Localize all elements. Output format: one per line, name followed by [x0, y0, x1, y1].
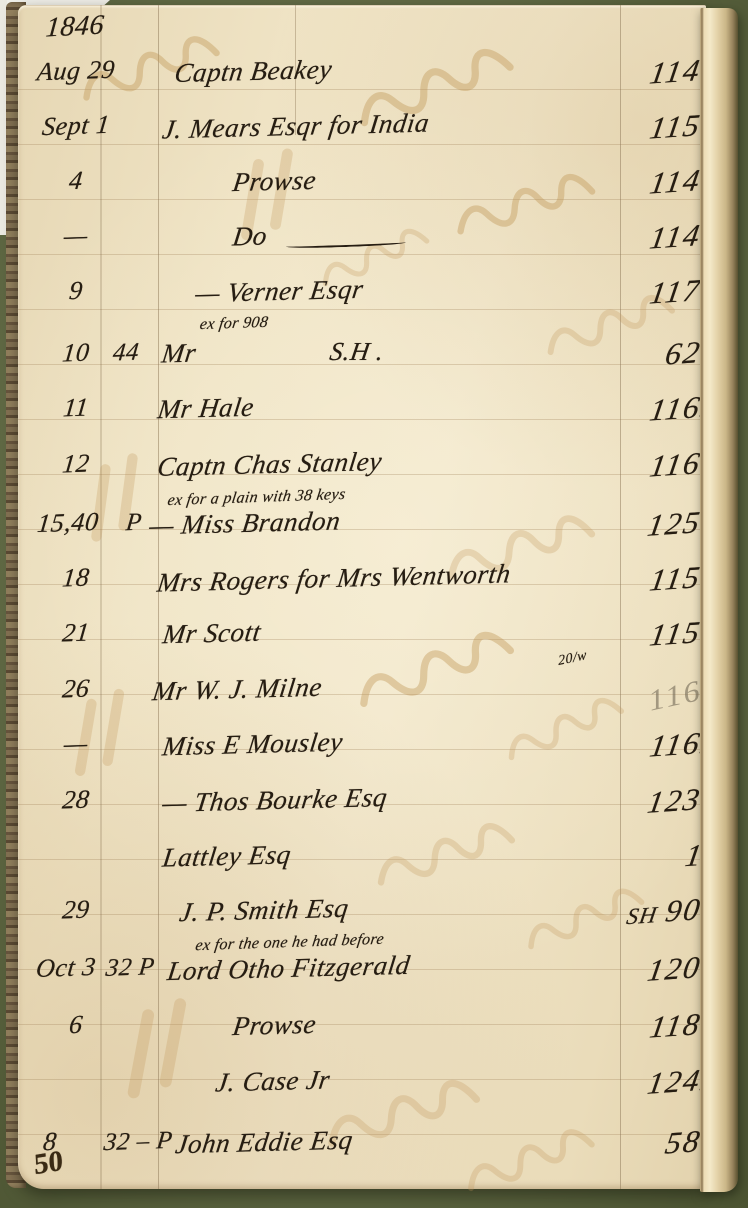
- ledger-row: — Do 1149: [18, 220, 706, 276]
- entry-date: —: [18, 726, 134, 762]
- entry-date: 29: [18, 892, 134, 928]
- entry-name: J. Case Jr: [214, 1064, 333, 1100]
- entry-name: Mrs Rogers for Mrs Wentworth: [155, 557, 513, 599]
- scanned-ledger-photo: 1846 Aug 29 Captn Beakey 1148 Sept 1 J. …: [0, 0, 748, 1208]
- page-stack-edges-right: [700, 8, 738, 1192]
- entry-name: J. P. Smith Esq: [177, 892, 350, 929]
- entry-name-secondary: S.H .: [328, 337, 387, 367]
- ledger-row: 12 Captn Chas Stanley ex for a plain wit…: [18, 448, 706, 504]
- entry-name: Miss E Mousley: [160, 726, 345, 764]
- ledger-row: 29 J. P. Smith Esq ex for the one he had…: [18, 894, 706, 950]
- entry-name: Mr Hale: [156, 391, 256, 426]
- ledger-row: 11 Mr Hale 1163: [18, 392, 706, 448]
- ledger-row: 8 32 – P John Eddie Esq 586: [18, 1126, 706, 1182]
- serial-prefix: SH: [625, 902, 660, 929]
- entry-name: Prowse: [231, 1008, 319, 1043]
- ledger-row: Oct 3 32 P Lord Otho Fitzgerald 1207: [18, 952, 706, 1008]
- entry-name: Captn Beakey: [173, 53, 335, 90]
- entry-date: 11: [18, 390, 134, 426]
- entry-name: Mr Scott: [161, 616, 263, 652]
- ledger-row: 6 Prowse 1180: [18, 1009, 706, 1065]
- entry-date: 18: [18, 560, 134, 596]
- entry-name: Mr: [160, 337, 198, 371]
- entry-date: Sept 1: [18, 108, 134, 144]
- entry-date: 26: [18, 671, 134, 707]
- ledger-row: 28 — Thos Bourke Esq 1239: [18, 784, 706, 840]
- entry-date: 21: [18, 615, 134, 651]
- year-label: 1846: [44, 10, 105, 45]
- entry-name: Mr W. J. Milne: [150, 671, 324, 708]
- ledger-row: 21 Mr Scott 1150 20/w: [18, 617, 706, 673]
- entry-name: — Thos Bourke Esq: [160, 781, 389, 820]
- entry-name: Captn Chas Stanley: [155, 445, 384, 484]
- marginal-annotation: 20/w: [558, 648, 588, 670]
- ledger-row: 18 Mrs Rogers for Mrs Wentworth 1156: [18, 562, 706, 618]
- ledger-row: Sept 1 J. Mears Esqr for India 1151: [18, 110, 706, 166]
- ledger-page: 1846 Aug 29 Captn Beakey 1148 Sept 1 J. …: [18, 5, 706, 1189]
- entry-name: Do: [231, 220, 269, 254]
- entry-name: John Eddie Esq: [173, 1124, 355, 1162]
- entry-name: Lord Otho Fitzgerald: [165, 949, 412, 988]
- entry-sub-number: 32 – P: [102, 1125, 174, 1159]
- ledger-row: 26 Mr W. J. Milne 1160: [18, 673, 706, 729]
- entry-name: Prowse: [231, 164, 319, 199]
- entry-date: 9: [18, 273, 134, 309]
- ledger-row: 10 44 Mr S.H . 629: [18, 337, 706, 393]
- entry-note: ex for 908: [199, 314, 270, 334]
- entry-date: 4: [18, 163, 134, 199]
- entry-sub-number: 44: [111, 337, 140, 370]
- entry-date: —: [18, 218, 134, 254]
- entry-date: 28: [18, 782, 134, 818]
- ditto-flourish: [286, 240, 406, 249]
- entry-date: 15,40: [18, 505, 118, 540]
- ledger-row: Aug 29 Captn Beakey 1148: [18, 55, 706, 111]
- ledger-row: 9 — Verner Esqr ex for 908 1179: [18, 275, 706, 331]
- entry-name: Lattley Esq: [161, 838, 294, 874]
- entry-sub-number: P: [124, 507, 143, 540]
- entry-date: 6: [18, 1007, 134, 1043]
- page-number-label: 50: [33, 1145, 63, 1183]
- ledger-row: Lattley Esq 11: [18, 840, 706, 896]
- entry-name: — Miss Brandon: [147, 505, 342, 543]
- ledger-row: 4 Prowse 1147: [18, 165, 706, 221]
- entry-name: J. Mears Esqr for India: [160, 107, 431, 147]
- entry-date: Aug 29: [18, 53, 134, 89]
- ledger-row: — Miss E Mousley 1162: [18, 728, 706, 784]
- entry-name: — Verner Esqr: [194, 273, 366, 310]
- ledger-row: J. Case Jr 1242: [18, 1065, 706, 1121]
- entry-sub-number: 32 P: [104, 951, 156, 985]
- entry-date: 12: [18, 446, 134, 482]
- ledger-row: 15,40 P — Miss Brandon 1257: [18, 507, 706, 563]
